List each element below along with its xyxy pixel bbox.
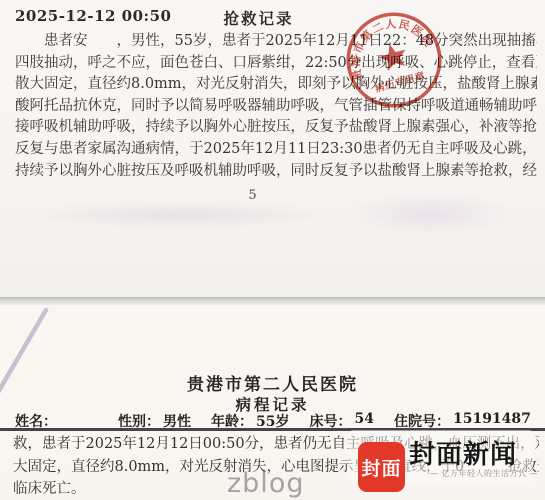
rescue-record-body: 患者安 ，男性，55岁，患者于2025年12月11日22：48分突然出现抽搐、口… <box>15 31 537 182</box>
record-line: 四肢抽动，呼之不应，面色苍白、口唇紫绀，22:50分出现呼吸、心跳停止，查看双侧… <box>15 53 537 75</box>
hospital-name: 贵港市第二人民医院 <box>0 370 545 395</box>
stamp-center-text: 病历专用章 <box>373 69 427 95</box>
record-line: 接呼吸机辅助呼吸，持续予以胸外心脏按压，反复予盐酸肾上腺素强心，补液等抢救措施， <box>15 117 537 139</box>
record-line: 反复与患者家属沟通病情，于2025年12月11日23:30患者仍无自主呼吸及心跳… <box>15 139 537 161</box>
stamp-arc-text: 贵港市第二人民医院 <box>342 8 441 82</box>
cover-news-logo-icon: 封面 <box>358 442 405 492</box>
cover-news-tagline: — 亿万年轻人的生活方式 — <box>430 468 538 479</box>
record-line: 酸阿托品抗休克，同时予以简易呼吸器辅助呼吸，气管插管保持呼吸道通畅辅助呼吸，后连 <box>15 96 537 118</box>
hospital-seal-stamp-icon: 贵港市第二人民医院 病历专用章 <box>342 8 446 112</box>
scan-smudge <box>25 202 335 228</box>
rescue-record-page: 2025-12-12 00:50 抢救记录 患者安 ，男性，55岁，患者于202… <box>0 0 545 297</box>
record-line: 患者安 ，男性，55岁，患者于2025年12月11日22：48分突然出现抽搐、口… <box>15 31 537 53</box>
zblog-watermark: zblog <box>227 468 304 499</box>
svg-text:贵港市第二人民医院: 贵港市第二人民医院 <box>342 8 441 82</box>
screenshot-divider <box>0 297 545 305</box>
record-line: 散大固定，直径约8.0mm，对光反射消失，即刻予以胸外心脏按压，盐酸肾上腺素强心… <box>15 74 537 96</box>
record-line: 持续予以胸外心脏按压及呼吸机辅助呼吸，同时反复予以盐酸肾上腺素等抢救，经过上述抢 <box>15 161 537 183</box>
cover-news-wordmark: 封面新闻 <box>409 434 517 471</box>
page-number: 5 <box>0 188 505 203</box>
stamp-star-icon <box>376 40 410 72</box>
